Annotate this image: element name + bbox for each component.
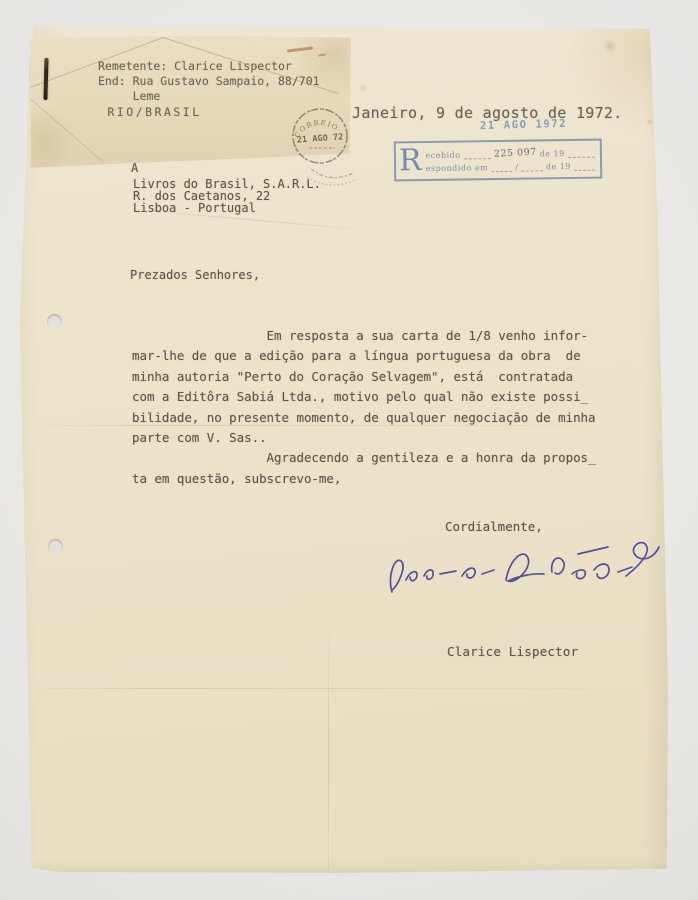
body-line: com a Editôra Sabiá Ltda., motivo pelo q…: [132, 387, 596, 407]
received-note: 21 AGO 1972: [480, 118, 567, 132]
dotted-leader: [522, 164, 543, 172]
dotted-leader: [491, 164, 512, 172]
crease-line: [18, 425, 670, 426]
stamp-rows: ecebido 225 097 de 19 espondido em / de …: [425, 142, 595, 178]
stamp-initial: R: [399, 144, 422, 178]
red-pencil-mark: [287, 46, 313, 52]
body-line: Em resposta a sua carta de 1/8 venho inf…: [132, 326, 596, 346]
body-line: mar-lhe de que a edição para a língua po…: [132, 346, 596, 366]
body-line: parte com V. Sas..: [132, 428, 596, 448]
letter-body: Em resposta a sua carta de 1/8 venho inf…: [132, 326, 596, 489]
signature-stroke: [506, 554, 632, 581]
signature-ink: [382, 528, 668, 610]
envelope-crease: [28, 97, 104, 163]
punch-hole-bottom: [48, 539, 63, 554]
address-line: Lisboa - Portugal: [133, 203, 321, 215]
envelope-line: End: Rua Gustavo Sampaio, 88/701: [98, 74, 320, 89]
stamp-reference-number: 225 097: [494, 146, 537, 159]
crease-line: [18, 688, 670, 689]
postmark-stamp: CORREIO 21 AGO 72: [283, 98, 367, 198]
body-line: Agradecendo a gentileza e a honra da pro…: [132, 448, 596, 468]
addressee-intro: A: [131, 161, 138, 175]
photo-background: Janeiro, 9 de agosto de 1972. 21 AGO 197…: [0, 0, 698, 900]
stamp-row-received: ecebido 225 097 de 19: [425, 146, 595, 159]
postmark-date-text: 21 AGO 72: [296, 132, 343, 145]
received-stamp: R ecebido 225 097 de 19 espondido em / d…: [394, 139, 603, 182]
salutation: Prezados Senhores,: [130, 268, 260, 282]
stamp-row-answered: espondido em / de 19: [426, 162, 596, 173]
typed-name: Clarice Lispector: [447, 644, 578, 659]
signature-stroke: [390, 560, 494, 592]
dotted-leader: [574, 163, 595, 171]
envelope-line: Remetente: Clarice Lispector: [98, 59, 320, 74]
body-line: minha autoria "Perto do Coração Selvagem…: [132, 367, 596, 387]
body-line: ta em questão, subscrevo-me,: [132, 469, 596, 489]
secondary-postmark-arc: [311, 169, 353, 178]
red-pencil-mark: [318, 53, 326, 56]
crease-line: [328, 620, 329, 878]
punch-hole-top: [47, 314, 62, 329]
dotted-leader: [464, 151, 491, 159]
dotted-leader: [568, 149, 595, 157]
